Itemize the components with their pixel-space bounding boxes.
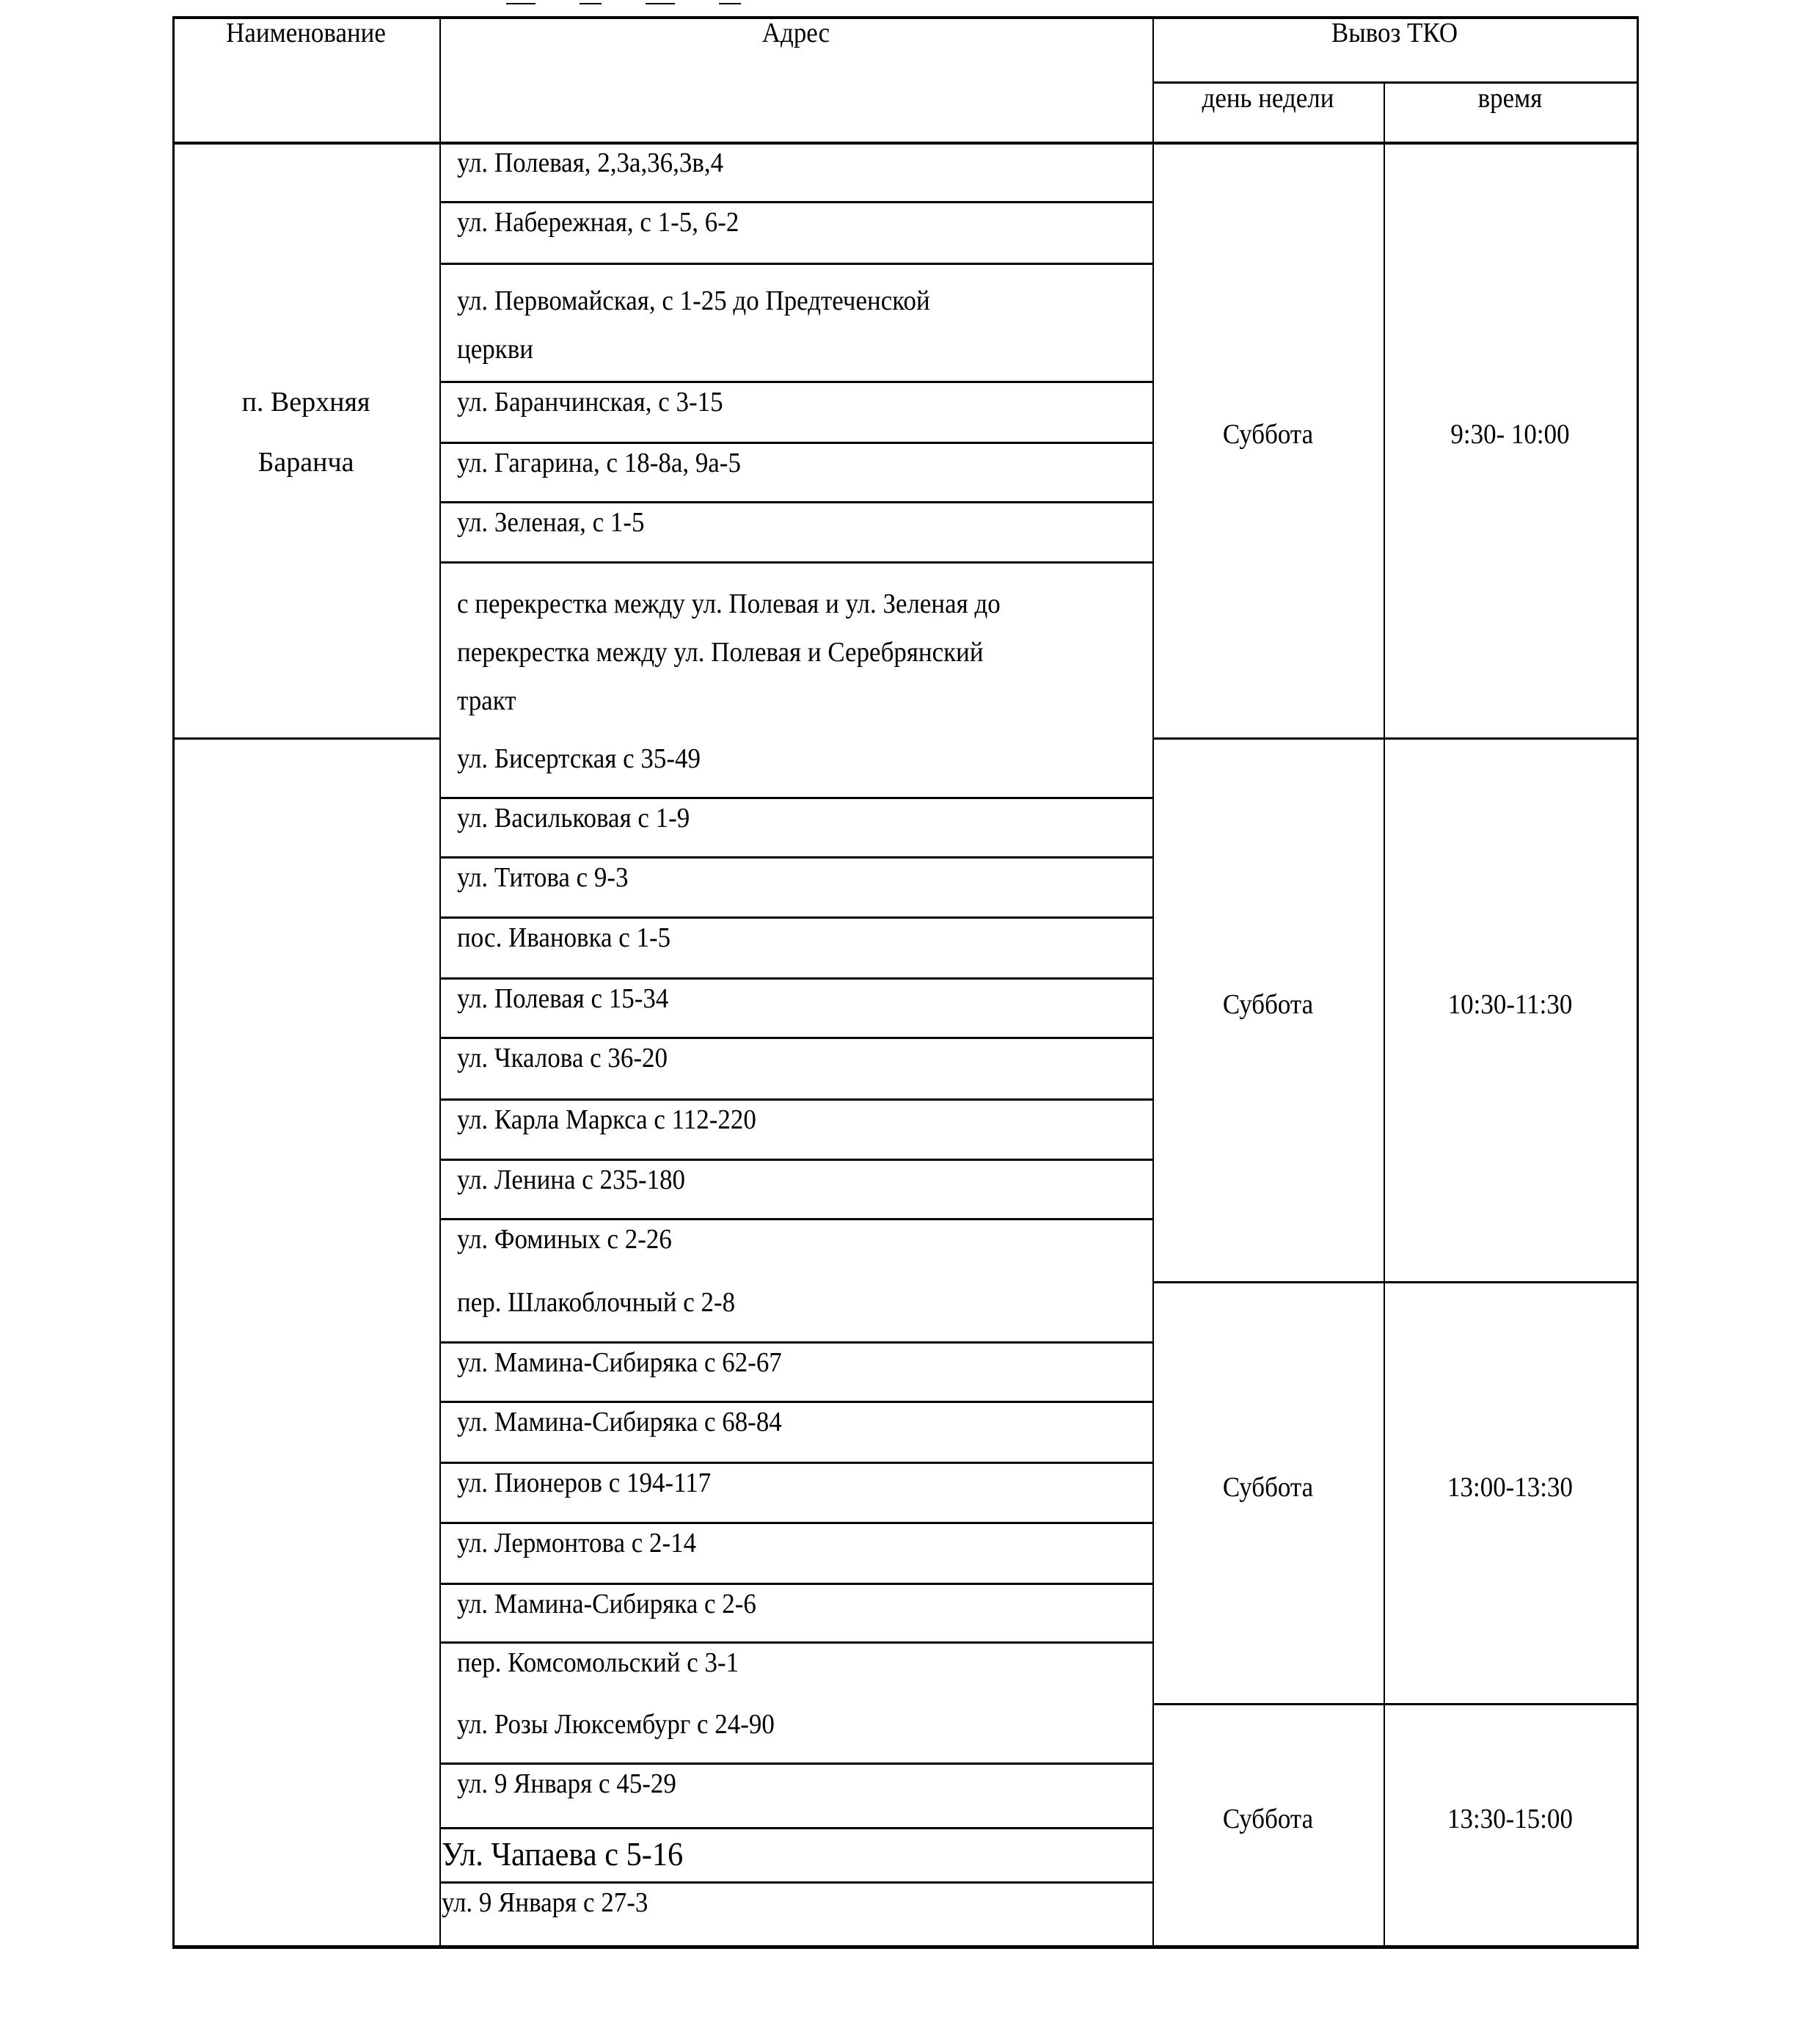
address-cell: перекрестка между ул. Полевая и Серебрян…	[457, 628, 984, 677]
column-divider	[1384, 81, 1385, 1945]
address-cell: пос. Ивановка с 1-5	[457, 914, 670, 962]
table-right-border	[1637, 16, 1639, 1945]
table-top-border	[172, 16, 1639, 19]
address-cell: ул. Бисертская с 35-49	[457, 735, 701, 783]
day-of-week-cell: Суббота	[1162, 980, 1375, 1029]
address-cell: церкви	[457, 325, 533, 373]
header-split	[1152, 81, 1637, 84]
address-cell: ул. Мамина-Сибиряка с 68-84	[457, 1398, 782, 1446]
address-cell: с перекрестка между ул. Полевая и ул. Зе…	[457, 580, 1001, 628]
settlement-name-cell: Баранча	[172, 438, 439, 486]
address-cell: ул. 9 Января с 45-29	[457, 1760, 676, 1808]
group-divider	[172, 737, 439, 740]
address-cell: ул. Пионеров с 194-117	[457, 1459, 711, 1507]
group-divider	[1152, 1703, 1637, 1705]
address-cell: ул. Фоминых с 2-26	[457, 1215, 672, 1264]
address-cell: ул. Мамина-Сибиряка с 62-67	[457, 1338, 782, 1387]
day-of-week-cell: Суббота	[1162, 410, 1375, 459]
address-cell: тракт	[457, 677, 516, 725]
address-cell: ул. 9 Января с 27-3	[442, 1878, 648, 1927]
table-bottom-border	[172, 1945, 1639, 1949]
address-cell: ул. Розы Люксембург с 24-90	[457, 1700, 775, 1749]
address-cell: пер. Комсомольский с 3-1	[457, 1639, 739, 1687]
time-cell: 13:00-13:30	[1394, 1463, 1626, 1512]
column-divider	[1152, 16, 1154, 1945]
time-cell: 9:30- 10:00	[1394, 410, 1626, 459]
address-cell: ул. Зеленая, с 1-5	[457, 498, 645, 547]
time-cell: 10:30-11:30	[1394, 980, 1626, 1029]
settlement-name-cell: п. Верхняя	[172, 378, 439, 426]
address-cell: ул. Васильковая с 1-9	[457, 794, 690, 842]
address-cell: ул. Мамина-Сибиряка с 2-6	[457, 1580, 756, 1628]
address-row-divider	[439, 263, 1152, 265]
address-cell: ул. Полевая с 15-34	[457, 974, 668, 1023]
day-of-week-cell: Суббота	[1162, 1463, 1375, 1512]
header-bottom-border	[172, 142, 1637, 145]
address-cell: Ул. Чапаева с 5-16	[442, 1830, 683, 1878]
day-of-week-cell: Суббота	[1162, 1795, 1375, 1843]
cut-off-title-line	[506, 0, 1430, 4]
address-cell: ул. Ленина с 235-180	[457, 1156, 685, 1204]
address-cell: пер. Шлакоблочный с 2-8	[457, 1278, 735, 1327]
column-divider	[439, 16, 441, 1945]
time-cell: 13:30-15:00	[1394, 1795, 1626, 1843]
address-cell: ул. Лермонтова с 2-14	[457, 1519, 696, 1567]
address-row-divider	[439, 561, 1152, 564]
group-divider	[1152, 1281, 1637, 1283]
address-cell: ул. Набережная, с 1-5, 6-2	[457, 198, 739, 247]
address-cell: ул. Карла Маркса с 112-220	[457, 1096, 756, 1144]
address-cell: ул. Чкалова с 36-20	[457, 1034, 668, 1082]
address-cell: ул. Первомайская, с 1-25 до Предтеченско…	[457, 277, 930, 325]
address-cell: ул. Баранчинская, с 3-15	[457, 378, 723, 426]
address-cell: ул. Гагарина, с 18-8а, 9а-5	[457, 439, 741, 487]
address-row-divider	[439, 1827, 1152, 1829]
group-divider	[1152, 737, 1637, 740]
address-cell: ул. Титова с 9-3	[457, 853, 629, 902]
address-cell: ул. Полевая, 2,3а,36,3в,4	[457, 139, 723, 187]
table-left-border	[172, 16, 175, 1945]
